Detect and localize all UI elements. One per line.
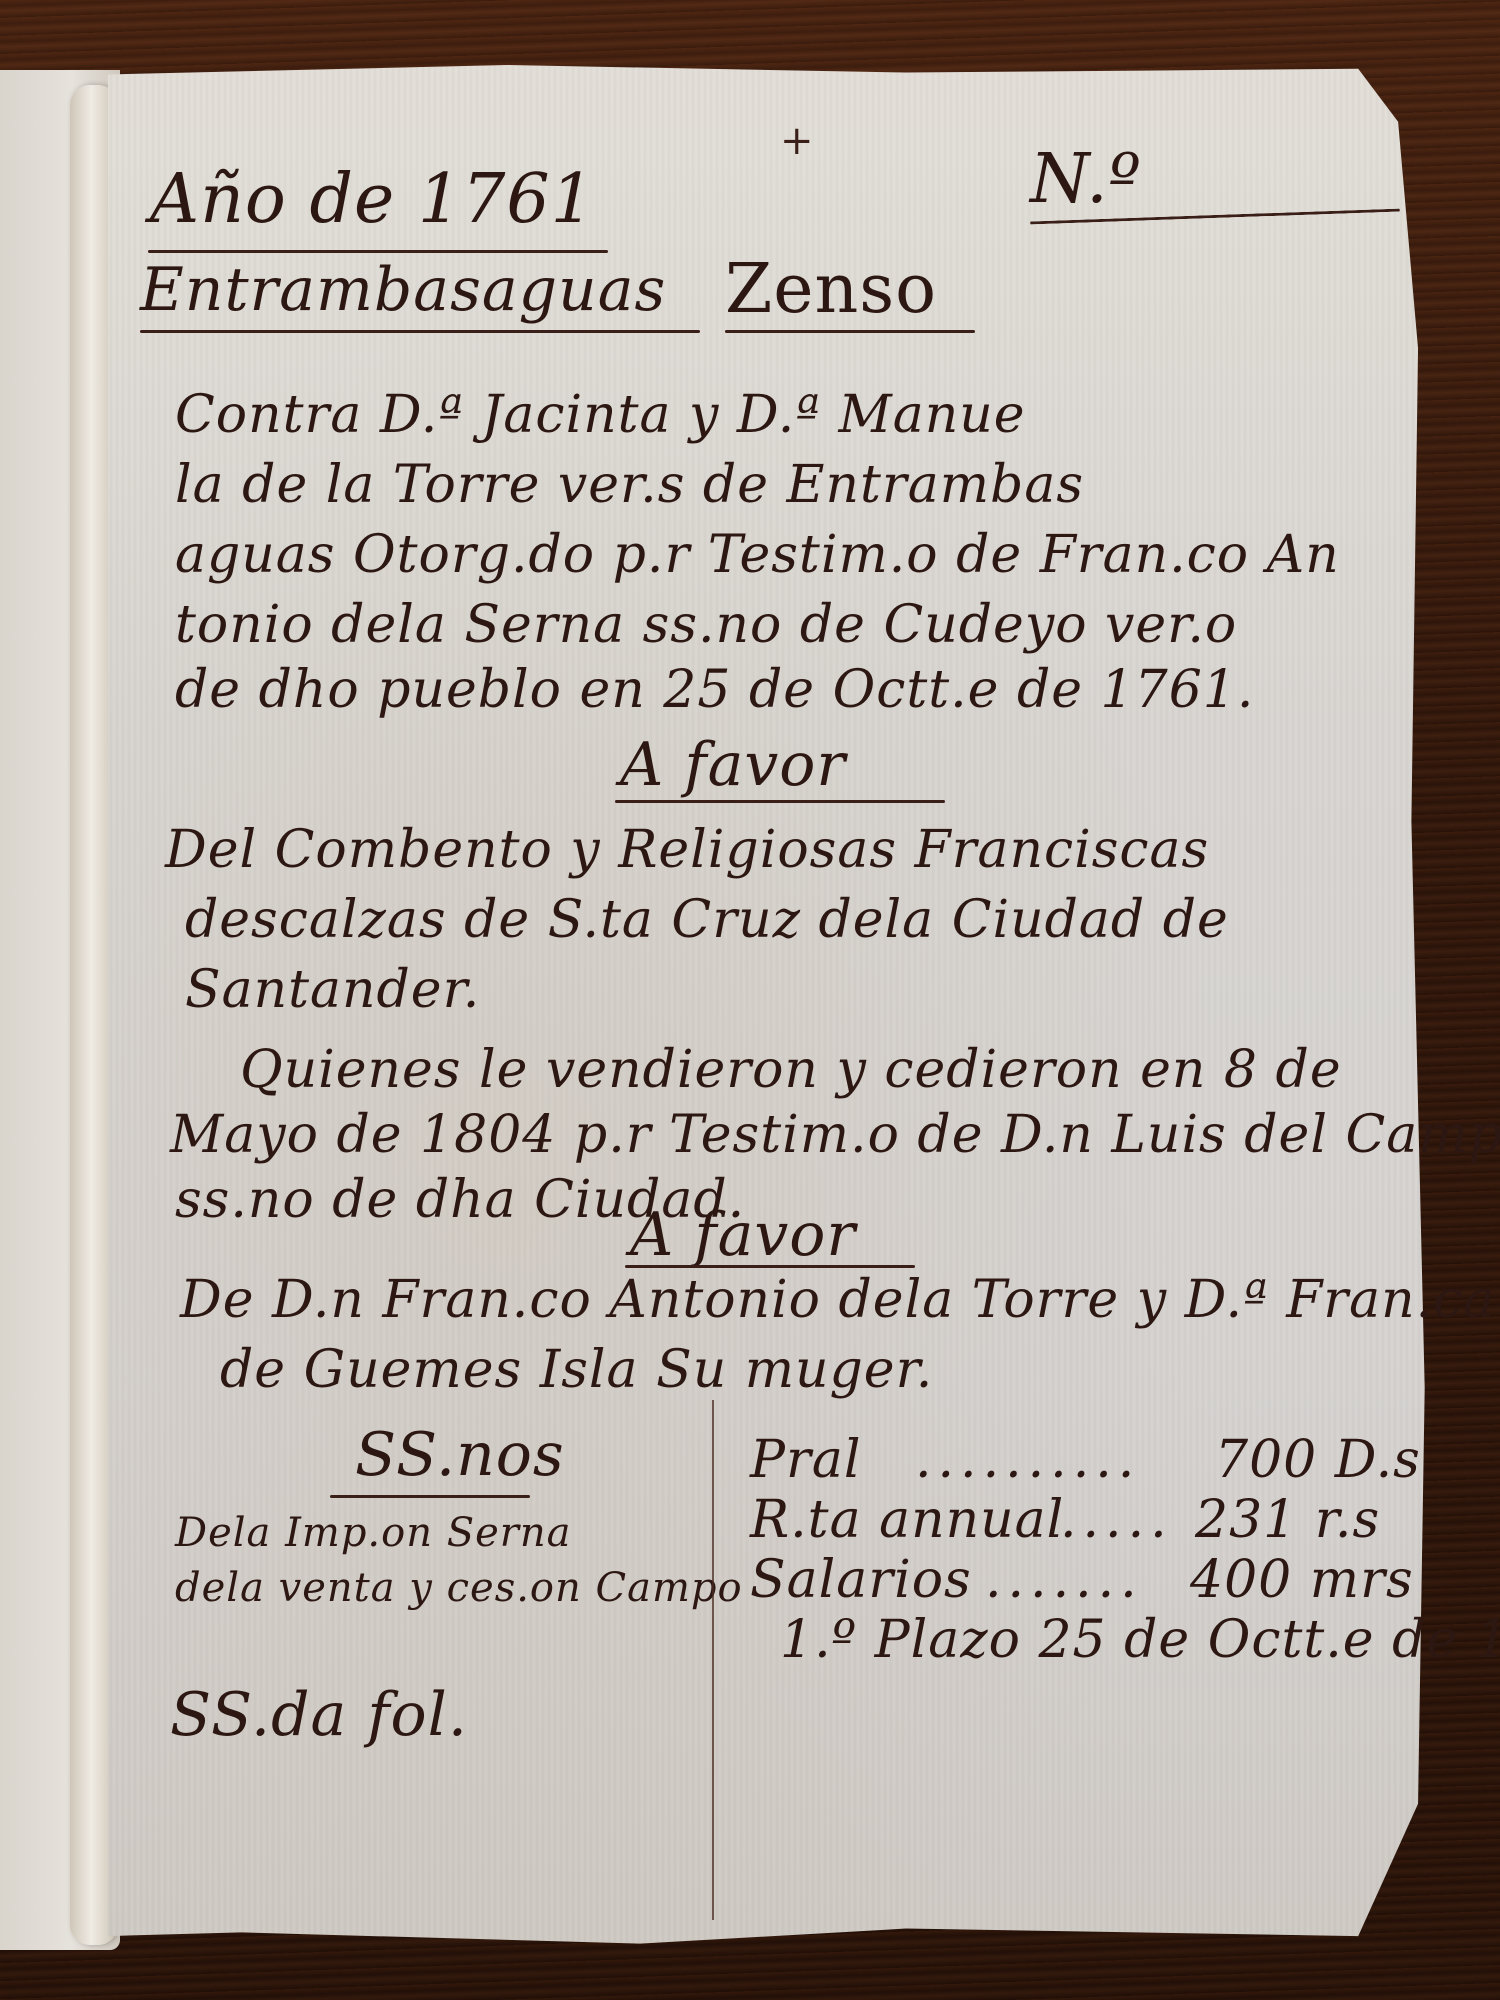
heading-a-favor-1: A favor: [620, 730, 846, 800]
paragraph-1-line-4: tonio dela Serna ss.no de Cudeyo ver.o: [175, 595, 1237, 655]
summary-dots: .....: [1060, 1490, 1173, 1550]
paragraph-1-line-2: la de la Torre ver.s de Entrambas: [175, 455, 1084, 515]
summary-label: Salarios: [750, 1550, 972, 1610]
folio-note: SS.da fol.: [170, 1680, 468, 1750]
notaries-heading: SS.nos: [355, 1420, 565, 1490]
paragraph-3-line-1: Quienes le vendieron y cedieron en 8 de: [240, 1040, 1342, 1100]
summary-dots: ..........: [915, 1430, 1140, 1490]
paragraph-1-line-1: Contra D.ª Jacinta y D.ª Manue: [175, 385, 1026, 445]
heading-a-favor-2: A favor: [630, 1200, 856, 1270]
place-underline: [140, 330, 700, 333]
summary-value: 400 mrs: [1190, 1550, 1414, 1610]
first-term-date: 1.º Plazo 25 de Octt.e de 1762: [780, 1610, 1500, 1670]
paragraph-4-line-1: De D.n Fran.co Antonio dela Torre y D.ª …: [180, 1270, 1495, 1330]
paragraph-4-line-2: de Guemes Isla Su muger.: [220, 1340, 933, 1400]
column-divider: [712, 1400, 714, 1920]
paragraph-3-line-2: Mayo de 1804 p.r Testim.o de D.n Luis de…: [170, 1105, 1500, 1165]
number-label: N.º: [1030, 140, 1142, 219]
summary-label: Pral: [750, 1430, 861, 1490]
summary-value: 231 r.s: [1195, 1490, 1380, 1550]
paragraph-1-line-3: aguas Otorg.do p.r Testim.o de Fran.co A…: [175, 525, 1340, 585]
notaries-underline: [330, 1495, 530, 1498]
a-favor-1-underline: [615, 800, 945, 803]
paragraph-2-line-2: descalzas de S.ta Cruz dela Ciudad de: [185, 890, 1229, 950]
cross-mark: +: [780, 118, 814, 164]
year-underline: [148, 250, 608, 253]
a-favor-2-underline: [625, 1265, 915, 1268]
title-underline: [725, 330, 975, 333]
place-name: Entrambasaguas: [140, 255, 666, 325]
summary-value: 700 D.s: [1215, 1430, 1421, 1490]
paragraph-2-line-1: Del Combento y Religiosas Franciscas: [165, 820, 1209, 880]
summary-label: R.ta annual: [750, 1490, 1064, 1550]
document-title: Zenso: [725, 250, 937, 329]
notary-line-2: dela venta y ces.on Campo: [175, 1565, 743, 1611]
paragraph-1-line-5: de dho pueblo en 25 de Octt.e de 1761.: [175, 660, 1254, 720]
paragraph-2-line-3: Santander.: [185, 960, 480, 1020]
year-label: Año de 1761: [150, 160, 595, 239]
notary-line-1: Dela Imp.on Serna: [175, 1510, 572, 1556]
summary-dots: .......: [985, 1550, 1143, 1610]
